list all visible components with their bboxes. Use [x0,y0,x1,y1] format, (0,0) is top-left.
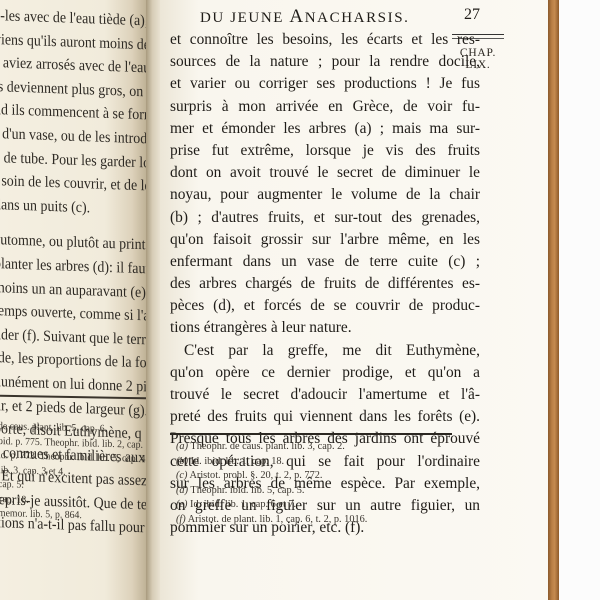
footnote-mark: (b) [176,456,188,467]
text-line: enfermant dans un vase de terre cuite (c… [170,251,480,273]
text-line: noyau, pour augmenter le volume de la ch… [170,184,480,206]
footnotes: (a) Theophr. de caus. plant. lib. 3, cap… [176,440,456,528]
footnote-mark: (c) [176,470,187,481]
running-head-before: DU JEUNE [200,10,289,26]
running-head-after: NACHARSIS. [305,10,410,26]
footnote-a: (a) Theophr. de caus. plant. lib. 3, cap… [176,440,456,455]
text-line: dont on avoit trouvé le secret de diminu… [170,162,480,184]
left-page: z-les avec de l'eau tiède (a); mais vien… [0,0,150,600]
text-line: trouvé le secret d'adoucir l'amertume et… [170,384,480,406]
footnote-mark: (e) [176,499,187,510]
right-page: DU JEUNE ANACHARSIS. 27 CHAP. LIX. et co… [160,0,548,600]
footnote-text: Aristot. de plant. lib. 1, cap. 6, t. 2,… [188,514,368,525]
footnote-text: Aristot. probl. §. 20, t. 2, p. 772. [189,470,322,481]
text-line: et connoître les besoins, les écarts et … [170,29,480,51]
page-number: 27 [464,6,480,24]
text-line: prise fut extrême, lorsque je vis des fr… [170,140,480,162]
footnote-text: Id. ibid. lib. 1, cap. 18. [191,456,285,467]
footnote-mark: (f) [176,514,186,525]
footnote-f: (f) Aristot. de plant. lib. 1, cap. 6, t… [176,513,456,528]
footnote-rule [170,433,452,435]
left-footnotes: de caus. plant. lib. 5, cap. 6. oid. p. … [0,420,147,525]
text-line: qu'on faisoit grossir sur l'arbre même, … [170,229,480,251]
footnote-text: Id. ibid. lib. 1, cap. 6 et 7. [190,499,296,510]
footnote-mark: (d) [176,485,188,496]
text-line: et varier ou corriger ses productions ! … [170,73,480,95]
footnote-c: (c) Aristot. probl. §. 20, t. 2, p. 772. [176,469,456,484]
running-head: DU JEUNE ANACHARSIS. 27 [200,6,480,28]
text-line: des arbres chargés de fruits de différen… [170,273,480,295]
text-line: mer et émonder les arbres (a) ; mais ma … [170,118,480,140]
text-line: sources de la nature ; pour la rendre do… [170,51,480,73]
running-head-initial: A [289,6,304,27]
footnote-text: Theophr. ibid. lib. 5, cap. 5. [190,485,304,496]
book-cover-edge [548,0,559,600]
text-line: (b) ; d'autres fruits, et sur-tout des g… [170,207,480,229]
footnote-text: Theophr. de caus. plant. lib. 3, cap. 2. [190,441,344,452]
text-line: preté des fruits qui viennent dans les f… [170,406,480,428]
text-line: C'est par la greffe, me dit Euthymène, [170,340,480,362]
footnote-b: (b) Id. ibid. lib. 1, cap. 18. [176,455,456,470]
background [559,0,600,600]
footnote-d: (d) Theophr. ibid. lib. 5, cap. 5. [176,484,456,499]
text-line: pèces (d), et forcés de se couvrir de pr… [170,295,480,317]
text-line: qu'on opère ce dernier prodige, et qu'on… [170,362,480,384]
text-line: tions étrangères à leur nature. [170,317,480,339]
footnote-mark: (a) [176,441,188,452]
text-line: surpris à mon arrivée en Grèce, de voir … [170,96,480,118]
footnote-e: (e) Id. ibid. lib. 1, cap. 6 et 7. [176,498,456,513]
